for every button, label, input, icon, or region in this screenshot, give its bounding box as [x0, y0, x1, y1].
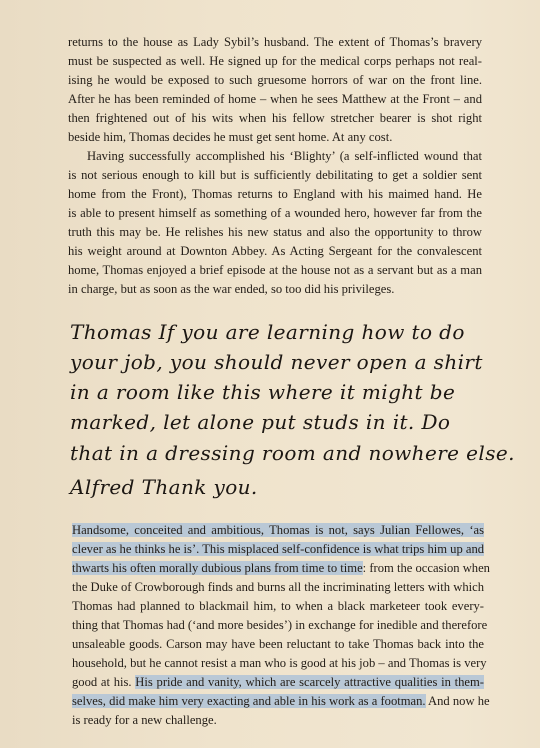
- text-line: is able to present himself as something …: [68, 204, 482, 223]
- text-line: is ready for a new challenge.: [72, 711, 484, 730]
- script-line: in a room like this where it might be: [70, 378, 490, 407]
- text-line: household, but he cannot resist a man wh…: [72, 654, 484, 673]
- text-line: in charge, but as soon as the war ended,…: [68, 280, 482, 299]
- text-line: After he has been reminded of home – whe…: [68, 90, 482, 109]
- text-line: Thomas had planned to blackmail him, to …: [72, 597, 484, 616]
- text-line: his weight around at Downton Abbey. As A…: [68, 242, 482, 261]
- plain-text: And now he: [426, 694, 490, 708]
- highlighted-text: clever as he thinks he is’. This misplac…: [72, 542, 484, 556]
- text-line: Handsome, conceited and ambitious, Thoma…: [72, 521, 484, 540]
- text-line: ising he would be exposed to such grueso…: [68, 71, 482, 90]
- text-line: must be suspected as well. He signed up …: [68, 52, 482, 71]
- text-line: Having successfully accomplished his ‘Bl…: [68, 147, 482, 166]
- text-line: home from the Front), Thomas returns to …: [68, 185, 482, 204]
- text-line: thwarts his often morally dubious plans …: [72, 559, 484, 578]
- text-line: home, Thomas enjoyed a brief episode at …: [68, 261, 482, 280]
- plain-text: : from the occasion when: [363, 561, 490, 575]
- highlighted-text: His pride and vanity, which are scarcely…: [135, 675, 484, 689]
- plain-text: good at his.: [72, 675, 135, 689]
- highlighted-text: Handsome, conceited and ambitious, Thoma…: [72, 523, 484, 537]
- text-line: thing that Thomas had (‘and more besides…: [72, 616, 484, 635]
- script-line: Thomas If you are learning how to do: [70, 318, 490, 347]
- highlighted-text: thwarts his often morally dubious plans …: [72, 561, 363, 575]
- text-line: beside him, Thomas decides he must get s…: [68, 128, 482, 147]
- text-line: then frightened out of his wits when his…: [68, 109, 482, 128]
- text-line: clever as he thinks he is’. This misplac…: [72, 540, 484, 559]
- text-line: returns to the house as Lady Sybil’s hus…: [68, 33, 482, 52]
- text-line: good at his. His pride and vanity, which…: [72, 673, 484, 692]
- script-line: that in a dressing room and nowhere else…: [70, 439, 490, 468]
- highlighted-text: selves, did make him very exacting and a…: [72, 694, 426, 708]
- script-line: Alfred Thank you.: [70, 473, 490, 502]
- text-line: selves, did make him very exacting and a…: [72, 692, 484, 711]
- text-line: unsaleable goods. Carson may have been r…: [72, 635, 484, 654]
- script-line: marked, let alone put studs in it. Do: [70, 408, 490, 437]
- script-line: your job, you should never open a shirt: [70, 348, 490, 377]
- text-line: the Duke of Crowborough finds and burns …: [72, 578, 484, 597]
- text-line: truth this may be. He relishes his new s…: [68, 223, 482, 242]
- text-line: is not serious enough to kill but is suf…: [68, 166, 482, 185]
